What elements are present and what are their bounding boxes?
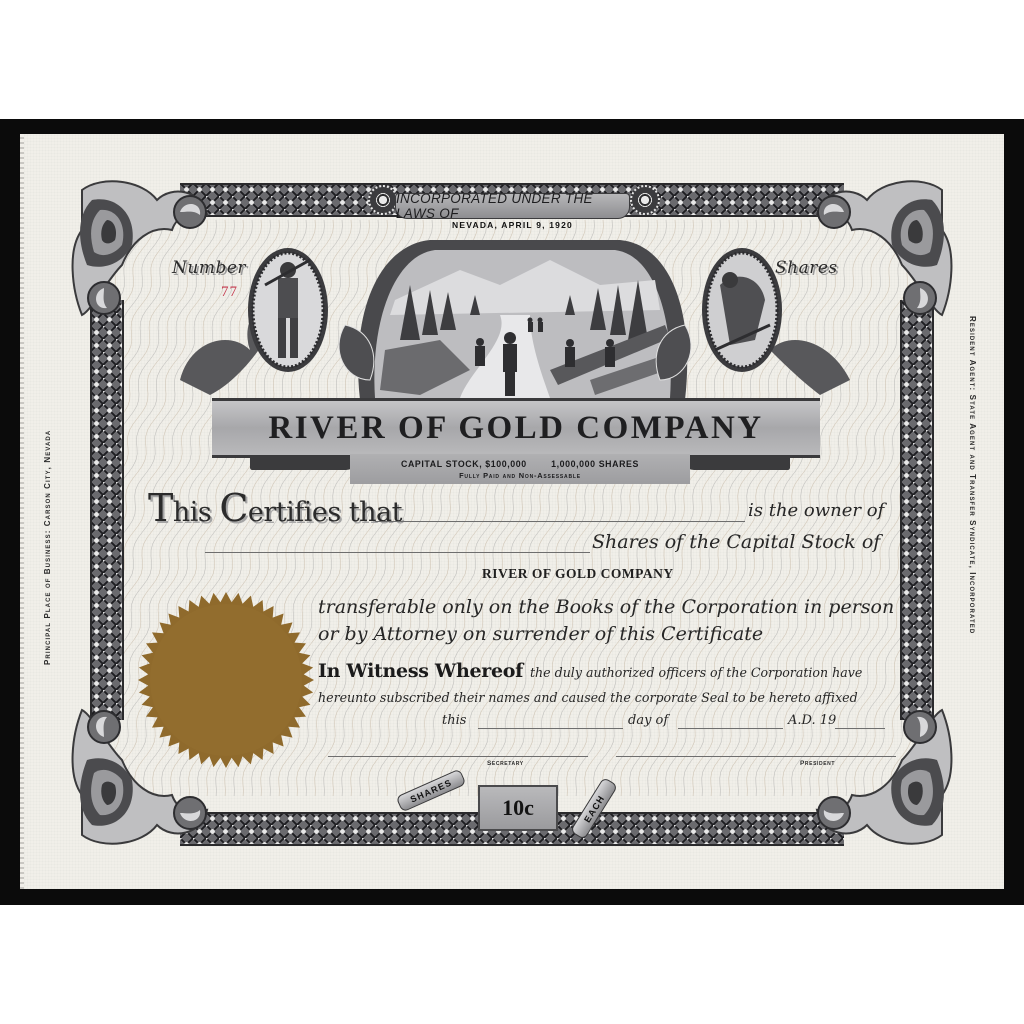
fully-paid-text: Fully Paid and Non-Assessable [350, 471, 690, 480]
resident-agent-text: Resident Agent: State Agent and Transfer… [968, 316, 977, 634]
company-name-inline: RIVER OF GOLD COMPANY [482, 566, 674, 582]
incorporation-banner: INCORPORATED UNDER THE LAWS OF [395, 193, 630, 219]
date-day-line[interactable] [478, 728, 623, 729]
transfer-text-line2: or by Attorney on surrender of this Cert… [318, 623, 763, 645]
date-month-line[interactable] [678, 728, 783, 729]
in-witness-whereof: In Witness Whereof [318, 660, 523, 682]
company-name-banner: RIVER OF GOLD COMPANY [212, 398, 820, 458]
president-signature-line[interactable] [616, 756, 896, 757]
secretary-signature-line[interactable] [328, 756, 588, 757]
border-left [90, 300, 124, 720]
date-ad-label: A.D. 19 [788, 713, 836, 728]
date-day-of-label: day of [628, 713, 668, 728]
scroll-ornament-icon [680, 456, 790, 470]
gold-miners-vignette-icon [170, 230, 860, 405]
owner-text: is the owner of [748, 500, 884, 521]
incorporation-date: NEVADA, APRIL 9, 1920 [395, 220, 630, 230]
scroll-ornament-icon [250, 456, 360, 470]
witness-text-line2: hereunto subscribed their names and caus… [318, 690, 858, 705]
date-year-line[interactable] [835, 728, 885, 729]
witness-text-line1: the duly authorized officers of the Corp… [530, 665, 862, 680]
perforated-edge [20, 134, 24, 889]
owner-name-line[interactable] [375, 521, 745, 522]
capital-stock-text: CAPITAL STOCK, $100,000 1,000,000 SHARES [350, 459, 690, 469]
president-label: President [800, 760, 835, 767]
capital-stock-band: CAPITAL STOCK, $100,000 1,000,000 SHARES… [250, 454, 790, 486]
incorporation-text: INCORPORATED UNDER THE LAWS OF [396, 191, 629, 221]
date-this-label: this [442, 713, 466, 728]
company-name: RIVER OF GOLD COMPANY [268, 410, 763, 447]
denomination-box: 10c [478, 785, 558, 831]
secretary-label: Secretary [487, 760, 524, 767]
transfer-text-line1: transferable only on the Books of the Co… [318, 596, 894, 618]
rosette-icon [368, 185, 398, 215]
principal-place-of-business-text: Principal Place of Business: Carson City… [43, 430, 52, 665]
gold-seal-icon [136, 590, 316, 770]
shares-of-capital-stock-text: Shares of the Capital Stock of [592, 531, 880, 553]
this-certifies-that: This Certifies that [148, 486, 402, 530]
share-count-line[interactable] [205, 552, 590, 553]
border-right [900, 300, 934, 720]
rosette-icon [630, 185, 660, 215]
denomination-value: 10c [502, 795, 534, 821]
